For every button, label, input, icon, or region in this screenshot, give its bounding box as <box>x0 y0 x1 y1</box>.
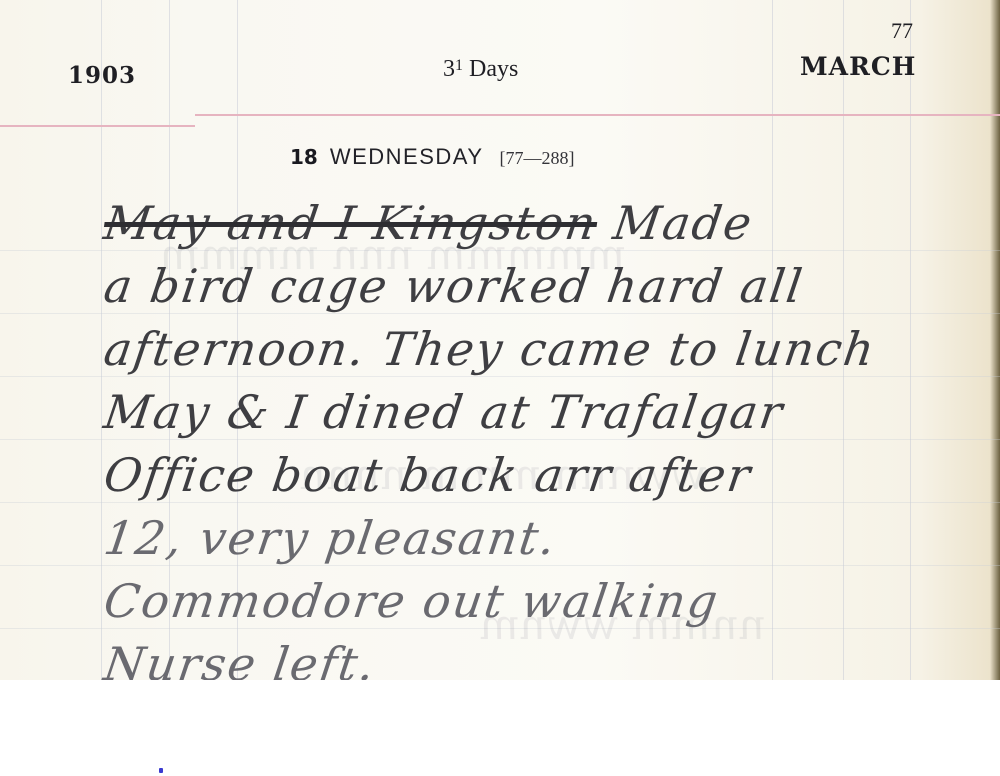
scan-marker-dot <box>159 768 163 773</box>
entry-date-heading: 18 WEDNESDAY [77—288] <box>290 144 575 170</box>
month-days-sup: 1 <box>455 57 463 74</box>
month-label: MARCH <box>800 52 916 81</box>
handwriting-line: Commodore out walking <box>100 570 989 633</box>
handwritten-entry: May and I Kingston Made a bird cage work… <box>100 192 980 680</box>
struck-text: May and I Kingston <box>101 196 601 250</box>
year-label: 1903 <box>68 62 136 89</box>
line-text: Commodore out walking <box>101 574 723 628</box>
header-rule <box>195 114 1000 116</box>
diary-page: mmmmm nnn mmmm wwnnn mmm nnnn nnmm wwnm … <box>0 0 1000 680</box>
month-days-number: 3 <box>443 56 455 82</box>
month-days-text: Days <box>469 56 518 82</box>
day-of-year-range: [77—288] <box>500 148 575 168</box>
handwriting-line: a bird cage worked hard all <box>100 255 989 318</box>
line-text: May & I dined at Trafalgar <box>101 385 788 439</box>
line-text: a bird cage worked hard all <box>101 259 808 313</box>
line-text: Made <box>593 196 756 250</box>
handwriting-line: May and I Kingston Made <box>100 192 989 255</box>
handwriting-line: afternoon. They came to lunch <box>100 318 989 381</box>
date-number: 18 <box>290 145 318 169</box>
handwriting-line: May & I dined at Trafalgar <box>100 381 989 444</box>
handwriting-line: 12, very pleasant. <box>100 507 989 570</box>
header-rule <box>0 125 195 127</box>
line-text: afternoon. They came to lunch <box>101 322 880 376</box>
handwriting-line: Nurse left. <box>100 633 989 680</box>
handwriting-line: Office boat back arr after <box>100 444 989 507</box>
line-text: Office boat back arr after <box>101 448 756 502</box>
line-text: 12, very pleasant. <box>101 511 561 565</box>
month-days-label: 31 Days <box>443 56 518 83</box>
line-text: Nurse left. <box>101 637 380 680</box>
weekday-label: WEDNESDAY <box>330 144 484 169</box>
page-number: 77 <box>891 18 913 44</box>
